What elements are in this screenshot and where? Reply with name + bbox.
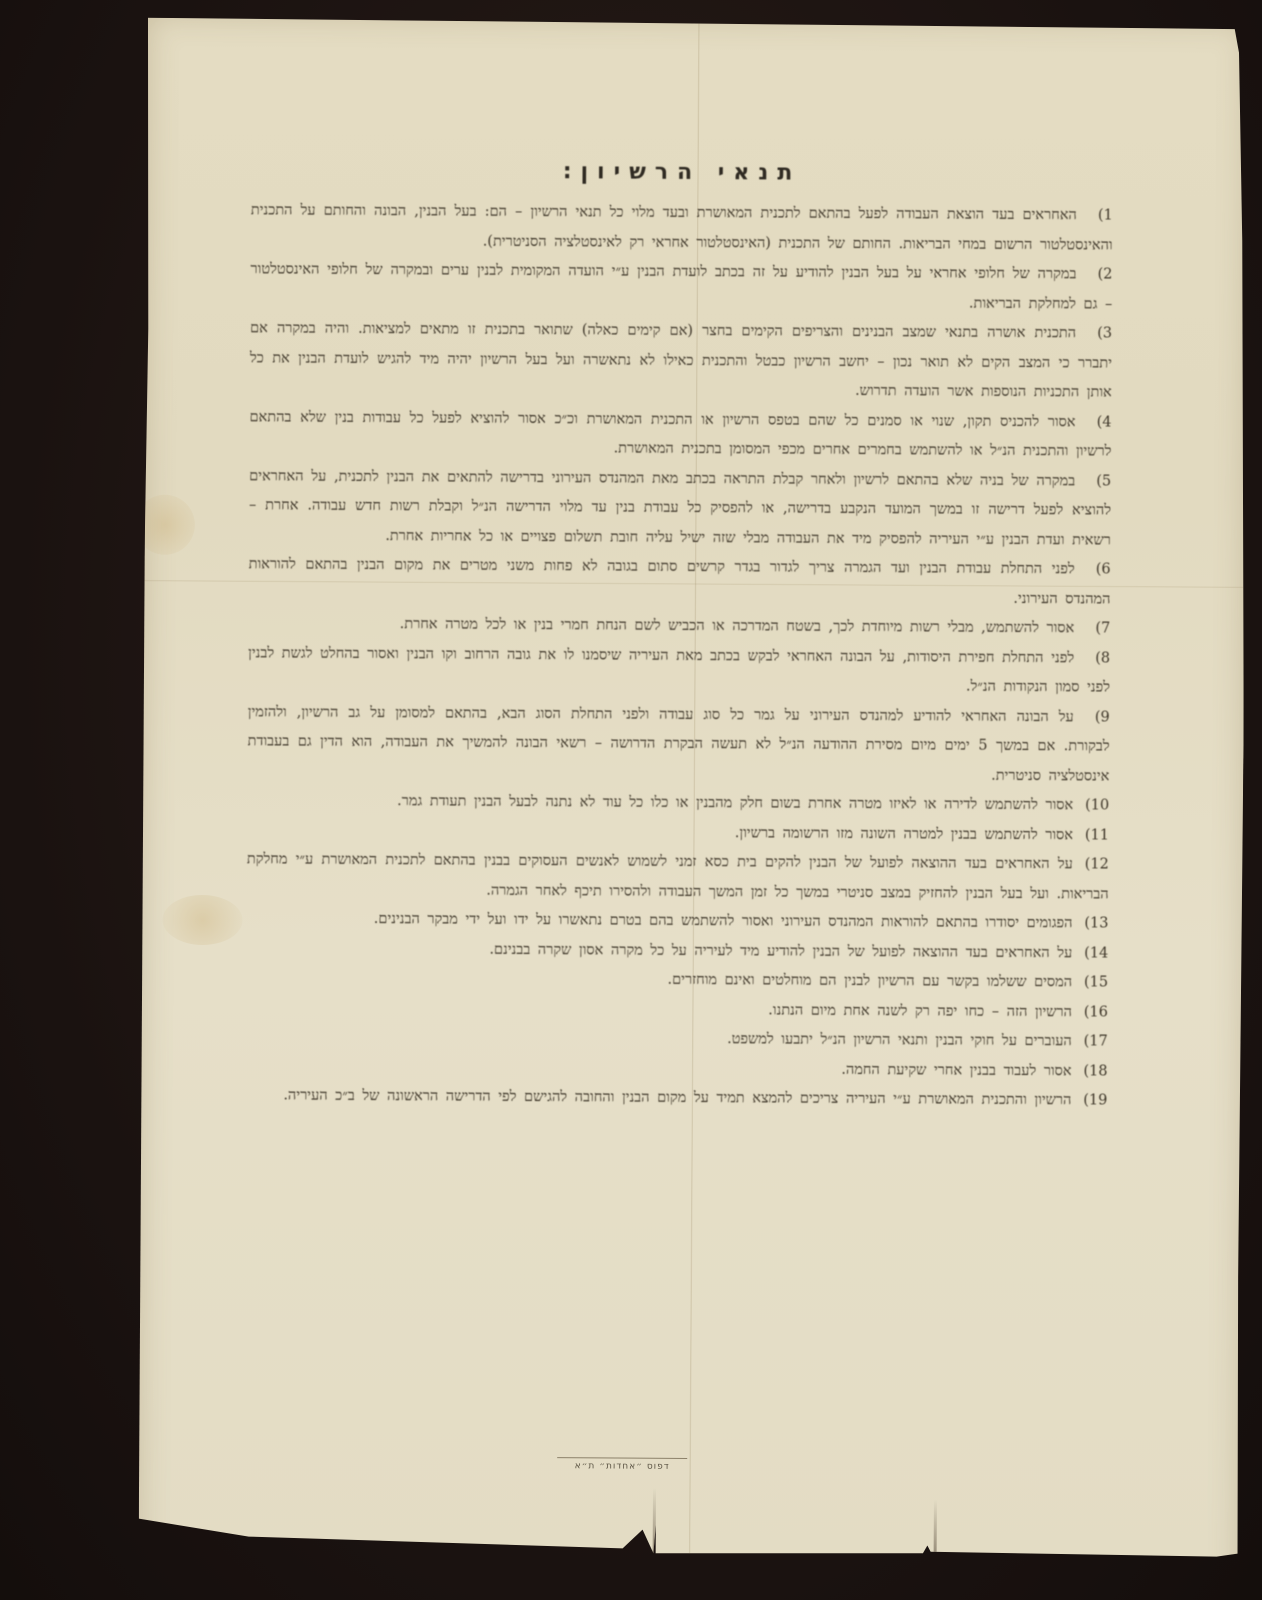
clause-4: 4)אסור להכניס תקון, שנוי או סמנים כל שהם… [249, 403, 1111, 467]
clause-3: 3)התכנית אושרה בתנאי שמצב הבנינים והצריפ… [250, 314, 1113, 408]
clause-number: 6) [1075, 555, 1111, 585]
document-title: תנאי הרשיון: [251, 157, 1113, 187]
clause-number: 16) [1072, 998, 1108, 1028]
clause-text: על האחראים בעד ההוצאה לפועל של הבנין להק… [247, 851, 1109, 902]
clause-text: על האחראים בעד ההוצאה לפועל של הבנין להו… [489, 941, 1072, 961]
clause-number: 19) [1071, 1086, 1107, 1116]
tear-mark [934, 1499, 937, 1559]
clause-2: 2)במקרה של חלופי אחראי על בעל הבנין להוד… [250, 255, 1112, 319]
clause-text: המסים ששלמו בקשר עם הרשיון לבנין הם מוחל… [667, 972, 1072, 990]
clause-9: 9)על הבונה האחראי להודיע למהנדס העירוני … [247, 698, 1110, 792]
clause-text: האחראים בעד הוצאת העבודה לפעל בהתאם לתכנ… [251, 202, 1113, 253]
clause-12: 12)על האחראים בעד ההוצאה לפועל של הבנין … [247, 845, 1109, 909]
clause-5: 5)במקרה של בניה שלא בהתאם לרשיון ולאחר ק… [249, 462, 1112, 556]
clause-1: 1)האחראים בעד הוצאת העבודה לפעל בהתאם לת… [251, 196, 1113, 260]
clause-number: 7) [1074, 614, 1110, 644]
clause-text: העוברים על חוקי הבנין ותנאי הרשיון הנ״ל … [727, 1031, 1072, 1049]
clause-number: 4) [1075, 408, 1111, 438]
printer-imprint: דפוס ״אחדות״ ת״א [557, 1461, 687, 1472]
footer-rule [557, 1457, 687, 1459]
clause-text: על הבונה האחראי להודיע למהנדס העירוני על… [248, 704, 1110, 784]
clause-text: במקרה של בניה שלא בהתאם לרשיון ולאחר קבל… [249, 468, 1111, 548]
clause-text: אסור להכניס תקון, שנוי או סמנים כל שהם ב… [250, 409, 1112, 460]
clause-number: 2) [1076, 260, 1112, 290]
clause-13: 13)הפגומים יסודרו בהתאם להוראות המהנדס ה… [246, 904, 1108, 939]
clause-list: 1)האחראים בעד הוצאת העבודה לפעל בהתאם לת… [245, 196, 1113, 1116]
clause-6: 6)לפני התחלת עבודת הבנין ועד הגמרה צריך … [248, 550, 1110, 614]
clause-number: 15) [1072, 968, 1108, 998]
clause-number: 11) [1073, 821, 1109, 851]
clause-number: 13) [1072, 909, 1108, 939]
clause-number: 18) [1071, 1057, 1107, 1087]
clause-text: אסור לעבוד בבנין אחרי שקיעת החמה. [841, 1061, 1071, 1078]
clause-text: אסור להשתמש לדירה או לאיזו מטרה אחרת בשו… [397, 793, 1073, 813]
clause-number: 10) [1073, 791, 1109, 821]
clause-number: 8) [1074, 644, 1110, 674]
clause-number: 1) [1077, 201, 1113, 231]
clause-number: 14) [1072, 939, 1108, 969]
clause-19: 19)הרשיון והתכנית המאושרת ע״י העיריה צרי… [245, 1081, 1107, 1116]
document-body: תנאי הרשיון: 1)האחראים בעד הוצאת העבודה … [245, 133, 1113, 1116]
clause-number: 9) [1074, 703, 1110, 733]
clause-text: אסור להשתמש, מבלי רשות מיוחדת לכך, בשטח … [400, 616, 1075, 636]
clause-text: לפני התחלת חפירת היסודות, על הבונה האחרא… [248, 645, 1110, 696]
clause-8: 8)לפני התחלת חפירת היסודות, על הבונה האח… [248, 639, 1110, 703]
clause-text: הרשיון והתכנית המאושרת ע״י העיריה צריכים… [283, 1087, 1071, 1108]
clause-text: לפני התחלת עבודת הבנין ועד הגמרה צריך לג… [249, 556, 1111, 607]
clause-number: 12) [1073, 850, 1109, 880]
clause-text: הפגומים יסודרו בהתאם להוראות המהנדס העיר… [374, 911, 1073, 931]
clause-text: אסור להשתמש בבנין למטרה השונה מזו הרשומה… [735, 825, 1073, 843]
clause-number: 3) [1076, 319, 1112, 349]
clause-number: 5) [1075, 467, 1111, 497]
document-sheet: תנאי הרשיון: 1)האחראים בעד הוצאת העבודה … [138, 15, 1248, 1592]
stain [162, 895, 242, 945]
clause-text: התכנית אושרה בתנאי שמצב הבנינים והצריפים… [250, 320, 1112, 400]
clause-text: במקרה של חלופי אחראי על בעל הבנין להודיע… [250, 261, 1112, 312]
clause-text: הרשיון הזה – כחו יפה רק לשנה אחת מיום הנ… [768, 1002, 1072, 1020]
clause-number: 17) [1072, 1027, 1108, 1057]
